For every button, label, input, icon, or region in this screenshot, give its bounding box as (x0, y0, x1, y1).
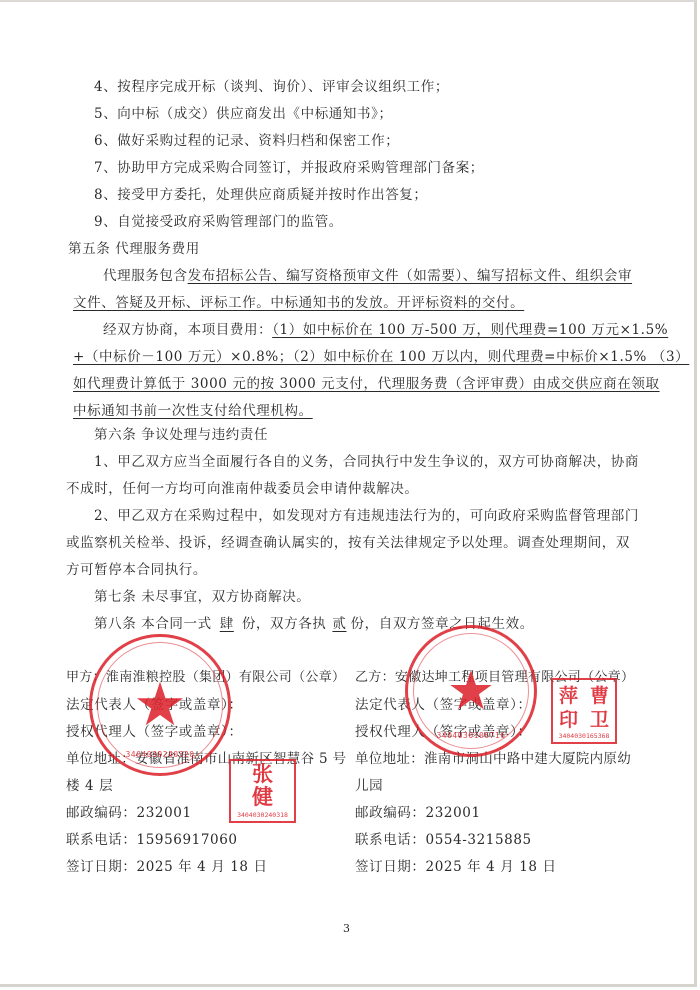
party-b-date: 签订日期：2025 年 4 月 18 日 (355, 858, 557, 876)
seal-char: 健 (252, 785, 273, 809)
article5-p1-prefix: 代理服务包含 (103, 268, 188, 284)
article7: 第七条 未尽事宜，双方协商解决。 (94, 588, 310, 606)
article8-mid: 份，双方各执 (242, 616, 327, 632)
party-a-phone: 联系电话：15956917060 (66, 831, 238, 849)
party-b-phone: 联系电话：0554-3215885 (355, 831, 532, 849)
article5-p2-prefix: 经双方协商，本项目费用： (103, 322, 272, 338)
article5-p1-line2: 文件、答疑及开标、评标工作。中标通知书的发放。开评标资料的交付。 (73, 294, 524, 312)
party-b-agent: 授权代理人（签字或盖章）： (355, 723, 532, 741)
page-number: 3 (343, 922, 350, 935)
article5-p1-underlined: 发布招标公告、编写资格预审文件（如需要）、编写招标文件、组织会审 (188, 268, 632, 284)
article5-p1-line1: 代理服务包含发布招标公告、编写资格预审文件（如需要）、编写招标文件、组织会审 (103, 267, 632, 285)
seal-char: 卫 (584, 708, 615, 732)
article8-prefix: 第八条 本合同一式 (94, 616, 212, 632)
party-a-legal-rep: 法定代表人（签字或盖章）： (66, 696, 243, 714)
article5-p2-line3: 如代理费计算低于 3000 元的按 3000 元支付，代理服务费（含评审费）由成… (73, 375, 660, 393)
party-b-postcode: 邮政编码：232001 (355, 804, 481, 822)
party-b-legal-rep: 法定代表人（签字或盖章）： (355, 696, 532, 714)
duty-item: 6、做好采购过程的记录、资料归档和保密工作； (94, 132, 399, 150)
article5-p2-line4: 中标通知书前一次性支付给代理机构。 (73, 402, 313, 420)
article8: 第八条 本合同一式肆份，双方各执贰份，自双方签章之日起生效。 (94, 615, 534, 633)
party-b-name: 乙方：安徽达坤工程项目管理有限公司（公章） (355, 669, 634, 687)
duty-item: 5、向中标（成交）供应商发出《中标通知书》； (94, 105, 393, 123)
party-a-date: 签订日期：2025 年 4 月 18 日 (66, 858, 268, 876)
party-b-address: 单位地址：淮南市洞山中路中建大厦院内原幼 (355, 750, 631, 768)
article6-p1-line1: 1、甲乙双方应当全面履行各自的义务，合同执行中发生争议的，双方可协商解决，协商 (94, 453, 639, 471)
article5-p2-underlined: （1）如中标价在 100 万-500 万，则代理费=100 万元×1.5% (272, 322, 668, 338)
seal-char: 萍 (553, 684, 584, 708)
party-a-address: 单位地址：安徽省淮南市山南新区智慧谷 5 号 (66, 750, 346, 768)
document-page: 4、按程序完成开标（谈判、询价）、评审会议组织工作； 5、向中标（成交）供应商发… (0, 0, 697, 987)
seal-char: 印 (553, 708, 584, 732)
copies-total: 肆 (212, 616, 242, 632)
article8-suffix: 份，自双方签章之日起生效。 (351, 616, 534, 632)
duty-item: 8、接受甲方委托，处理供应商质疑并按时作出答复； (94, 186, 428, 204)
party-a-name: 甲方：淮南淮粮控股（集团）有限公司（公章） (66, 669, 345, 687)
article5-p2-line2: +（中标价－100 万元）×0.8%；（2）如中标价在 100 万以内，则代理费… (73, 348, 689, 366)
seal-code: 3404030165368 (553, 732, 615, 740)
copies-each: 贰 (326, 616, 350, 632)
duty-item: 4、按程序完成开标（谈判、询价）、评审会议组织工作； (94, 78, 449, 96)
duty-item: 9、自觉接受政府采购管理部门的监管。 (94, 213, 343, 231)
party-a-personal-seal: 张健 3404030240318 (229, 759, 296, 823)
article6-heading: 第六条 争议处理与违约责任 (94, 426, 268, 444)
duty-item: 7、协助甲方完成采购合同签订，并报政府采购管理部门备案； (94, 159, 484, 177)
party-a-agent: 授权代理人（签字或盖章）： (66, 723, 243, 741)
party-b-address-cont: 儿园 (355, 777, 383, 795)
article5-heading: 第五条 代理服务费用 (68, 240, 200, 258)
party-a-postcode: 邮政编码：232001 (66, 804, 192, 822)
article5-p2-line1: 经双方协商，本项目费用：（1）如中标价在 100 万-500 万，则代理费=10… (103, 321, 668, 339)
seal-code: 3404030240318 (231, 811, 294, 819)
article6-p2-line3: 方可暂停本合同执行。 (66, 561, 207, 579)
party-b-personal-seal: 萍 曹 印 卫 3404030165368 (551, 678, 617, 744)
party-a-address-cont: 楼 4 层 (66, 777, 113, 795)
seal-char: 曹 (584, 684, 615, 708)
article6-p2-line2: 或监察机关检举、投诉，经调查确认属实的，按有关法律规定予以处理。调查处理期间，双 (66, 534, 630, 552)
article6-p1-line2: 不成时，任何一方均可向淮南仲裁委员会申请仲裁解决。 (66, 480, 419, 498)
article6-p2-line1: 2、甲乙双方在采购过程中，如发现对方有违规违法行为的，可向政府采购监督管理部门 (94, 507, 639, 525)
